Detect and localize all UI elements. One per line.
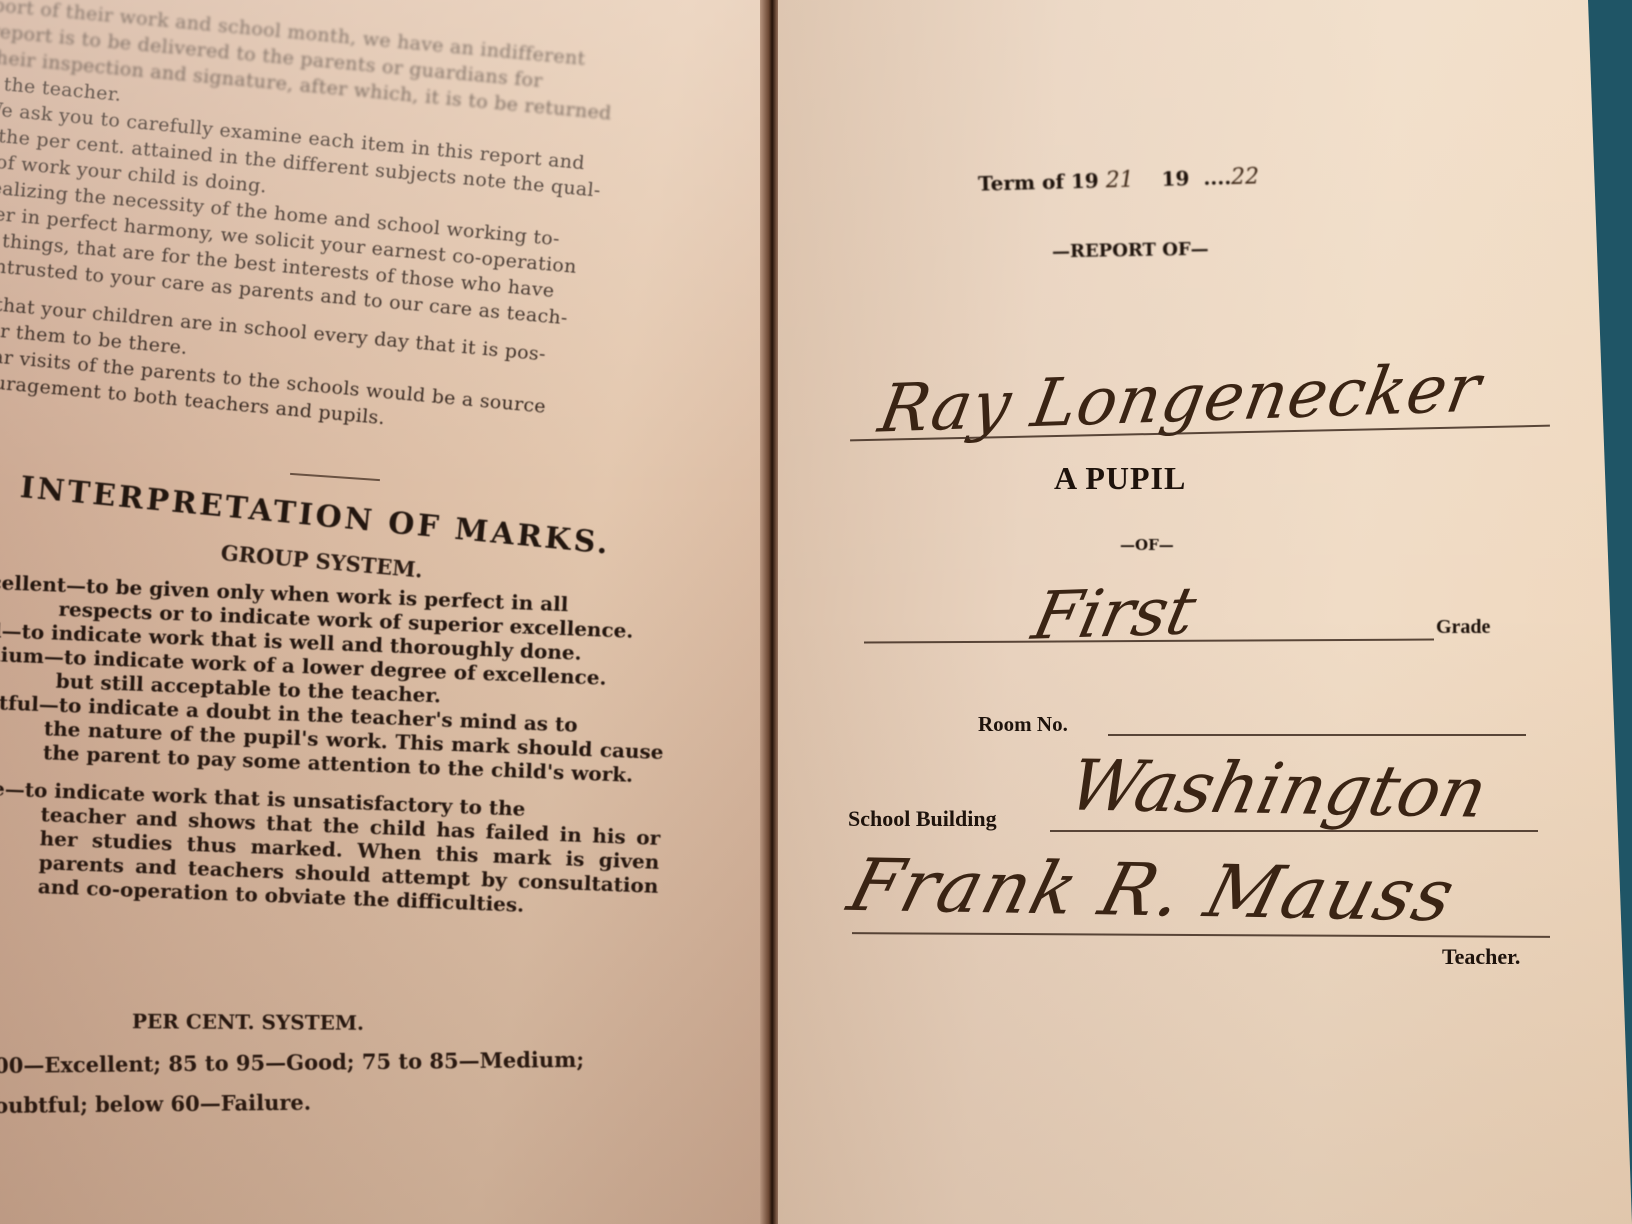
teacher-signature: Frank R. Mauss <box>840 843 1465 938</box>
school-building-value: Washington <box>1061 744 1495 833</box>
divider <box>290 473 380 481</box>
report-of-heading: —REPORT OF— <box>1052 239 1209 263</box>
percent-system-title: PER CENT. SYSTEM. <box>132 1009 364 1035</box>
room-no-label: Room No. <box>978 712 1068 737</box>
percent-scale-line-2: oubtful; below 60—Failure. <box>0 1090 311 1118</box>
group-system-title: GROUP SYSTEM. <box>220 540 424 583</box>
of-heading: —OF— <box>1120 536 1174 554</box>
term-prefix: Term of 19 <box>978 169 1099 196</box>
grade-label: Grade <box>1436 616 1490 639</box>
term-end-value: 22 <box>1231 164 1260 190</box>
school-building-label: School Building <box>848 806 997 832</box>
definition-failure: re—to indicate work that is unsatisfacto… <box>0 776 662 922</box>
left-page: port of their work and school month, we … <box>0 0 770 1224</box>
mark-definitions: cellent—to be given only when work is pe… <box>0 570 669 922</box>
term-mid: 19 <box>1161 166 1189 191</box>
intro-text: port of their work and school month, we … <box>0 0 691 456</box>
term-start-value: 21 <box>1105 168 1134 194</box>
a-pupil-heading: A PUPIL <box>1054 460 1186 497</box>
teacher-label: Teacher. <box>1442 944 1520 970</box>
room-no-line <box>1108 734 1526 736</box>
school-building-line <box>1050 830 1538 832</box>
open-report-card: port of their work and school month, we … <box>0 0 1632 1224</box>
percent-scale-line-1: 00—Excellent; 85 to 95—Good; 75 to 85—Me… <box>0 1047 584 1078</box>
